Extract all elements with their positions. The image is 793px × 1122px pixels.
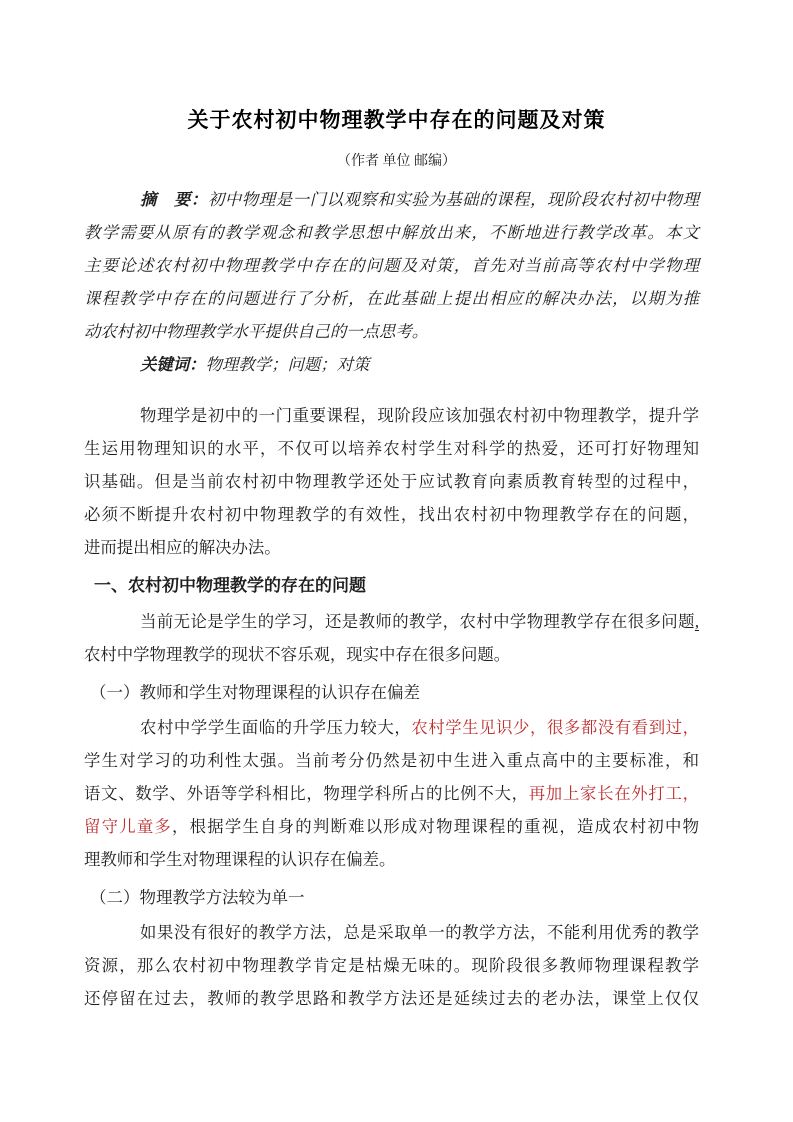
text-segment: 农村中学物理教学的现状不容乐观，现实中存在很多问题。 [84, 645, 510, 664]
text-segment: 理教师和学生对物理课程的认识存在偏差。 [84, 850, 395, 869]
text-segment: 如果没有很好的教学方法，总是采取单一的教学方法，不能利用优秀的教学 [140, 923, 699, 942]
text-line: 摘 要：初中物理是一门以观察和实验为基础的课程，现阶段农村初中物理 [84, 183, 699, 216]
text-segment: 必须不断提升农村初中物理教学的有效性，找出农村初中物理教学存在的问题， [84, 505, 699, 524]
text-line: 关于农村初中物理教学中存在的问题及对策 [0, 104, 793, 137]
author-line: （作者 单位 邮编） [0, 150, 793, 174]
text-line: 识基础。但是当前农村初中物理教学还处于应试教育向素质教育转型的过程中， [84, 465, 699, 498]
subsection-heading-1: （一）教师和学生对物理课程的认识存在偏差 [84, 676, 705, 709]
text-segment: 动农村初中物理教学水平提供自己的一点思考。 [84, 322, 428, 341]
text-line: 物理学是初中的一门重要课程，现阶段应该加强农村初中物理教学，提升学 [84, 399, 699, 432]
text-line: 课程教学中存在的问题进行了分析，在此基础上提出相应的解决办法，以期为推 [84, 282, 699, 315]
text-segment: 资源，那么农村初中物理教学肯定是枯燥无味的。现阶段很多教师物理课程教学 [84, 956, 699, 975]
text-line: 农村中学学生面临的升学压力较大，农村学生见识少，很多都没有看到过， [84, 711, 699, 744]
abstract-paragraph: 摘 要：初中物理是一门以观察和实验为基础的课程，现阶段农村初中物理教学需要从原有… [84, 183, 699, 381]
text-line: 教学需要从原有的教学观念和教学思想中解放出来，不断地进行教学改革。本文 [84, 216, 699, 249]
document-page: 关于农村初中物理教学中存在的问题及对策（作者 单位 邮编）摘 要：初中物理是一门… [0, 0, 793, 1122]
text-segment: 学生对学习的功利性太强。当前考分仍然是初中生进入重点高中的主要标准，和 [84, 751, 699, 770]
intro-paragraph: 物理学是初中的一门重要课程，现阶段应该加强农村初中物理教学，提升学生运用物理知识… [84, 399, 699, 564]
text-segment: ，根据学生自身的判断难以形成对物理课程的重视，造成农村初中物 [172, 817, 699, 836]
document-title: 关于农村初中物理教学中存在的问题及对策 [0, 104, 793, 137]
text-line: 理教师和学生对物理课程的认识存在偏差。 [84, 843, 699, 876]
text-line: 语文、数学、外语等学科相比，物理学科所占的比例不大，再加上家长在外打工， [84, 777, 699, 810]
bold-label: 摘 要： [140, 190, 208, 209]
text-segment: （作者 单位 邮编） [337, 154, 456, 169]
subsection-heading-2: （二）物理教学方法较为单一 [84, 881, 705, 914]
text-line: 资源，那么农村初中物理教学肯定是枯燥无味的。现阶段很多教师物理课程教学 [84, 949, 699, 982]
text-line: 如果没有很好的教学方法，总是采取单一的教学方法，不能利用优秀的教学 [84, 916, 699, 949]
text-segment: 进而提出相应的解决办法。 [84, 538, 281, 557]
text-segment: 物理学是初中的一门重要课程，现阶段应该加强农村初中物理教学，提升学 [140, 406, 699, 425]
text-line: 留守儿童多，根据学生自身的判断难以形成对物理课程的重视，造成农村初中物 [84, 810, 699, 843]
text-segment: 一、农村初中物理教学的存在的问题 [94, 576, 366, 595]
red-emphasis-text: 再加上家长在外打工， [529, 784, 699, 803]
text-line: （二）物理教学方法较为单一 [90, 881, 705, 914]
subsection2-paragraph: 如果没有很好的教学方法，总是采取单一的教学方法，不能利用优秀的教学资源，那么农村… [84, 916, 699, 1015]
text-line: （一）教师和学生对物理课程的认识存在偏差 [90, 676, 705, 709]
text-segment: 教学需要从原有的教学观念和教学思想中解放出来，不断地进行教学改革。本文 [84, 223, 699, 242]
text-segment: 当前无论是学生的学习，还是教师的教学，农村中学物理教学存在很多问题 [140, 612, 695, 631]
text-line: （作者 单位 邮编） [0, 150, 793, 174]
text-line: 还停留在过去，教师的教学思路和教学方法还是延续过去的老办法，课堂上仅仅 [84, 982, 699, 1015]
text-segment: 还停留在过去，教师的教学思路和教学方法还是延续过去的老办法，课堂上仅仅 [84, 989, 699, 1008]
subsection1-paragraph: 农村中学学生面临的升学压力较大，农村学生见识少，很多都没有看到过，学生对学习的功… [84, 711, 699, 876]
text-line: 主要论述农村初中物理教学中存在的问题及对策，首先对当前高等农村中学物理 [84, 249, 699, 282]
text-segment: （二）物理教学方法较为单一 [90, 888, 305, 907]
text-line: 当前无论是学生的学习，还是教师的教学，农村中学物理教学存在很多问题, [84, 605, 699, 638]
bold-label: 关键词： [140, 355, 206, 374]
text-segment: 关于农村初中物理教学中存在的问题及对策 [188, 109, 606, 132]
text-segment: 物理教学；问题；对策 [206, 355, 370, 374]
text-line: 农村中学物理教学的现状不容乐观，现实中存在很多问题。 [84, 638, 699, 671]
section1-paragraph: 当前无论是学生的学习，还是教师的教学，农村中学物理教学存在很多问题,农村中学物理… [84, 605, 699, 671]
text-line: 一、农村初中物理教学的存在的问题 [94, 569, 709, 602]
text-segment: 语文、数学、外语等学科相比，物理学科所占的比例不大， [84, 784, 529, 803]
text-segment: 农村中学学生面临的升学压力较大， [140, 718, 411, 737]
text-segment: 生运用物理知识的水平，不仅可以培养农村学生对科学的热爱，还可打好物理知 [84, 439, 699, 458]
text-line: 必须不断提升农村初中物理教学的有效性，找出农村初中物理教学存在的问题， [84, 498, 699, 531]
text-line: 生运用物理知识的水平，不仅可以培养农村学生对科学的热爱，还可打好物理知 [84, 432, 699, 465]
section-heading-1: 一、农村初中物理教学的存在的问题 [84, 569, 709, 602]
underline-mark: , [695, 612, 699, 631]
red-emphasis-text: 留守儿童多 [84, 817, 172, 836]
text-line: 关键词：物理教学；问题；对策 [84, 348, 699, 381]
text-segment: 课程教学中存在的问题进行了分析，在此基础上提出相应的解决办法，以期为推 [84, 289, 699, 308]
red-emphasis-text: 农村学生见识少，很多都没有看到过， [411, 718, 699, 737]
text-segment: 主要论述农村初中物理教学中存在的问题及对策，首先对当前高等农村中学物理 [84, 256, 699, 275]
text-segment: 初中物理是一门以观察和实验为基础的课程，现阶段农村初中物理 [208, 190, 699, 209]
text-line: 学生对学习的功利性太强。当前考分仍然是初中生进入重点高中的主要标准，和 [84, 744, 699, 777]
text-segment: 识基础。但是当前农村初中物理教学还处于应试教育向素质教育转型的过程中， [84, 472, 699, 491]
text-line: 动农村初中物理教学水平提供自己的一点思考。 [84, 315, 699, 348]
text-line: 进而提出相应的解决办法。 [84, 531, 699, 564]
text-segment: （一）教师和学生对物理课程的认识存在偏差 [90, 683, 420, 702]
